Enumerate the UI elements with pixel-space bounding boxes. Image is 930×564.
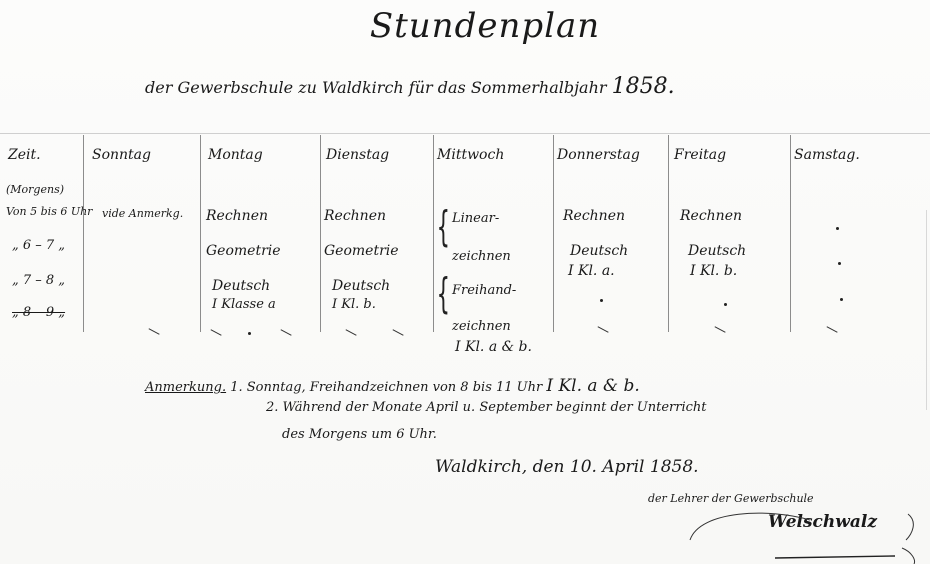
column-divider — [553, 135, 554, 332]
note-2-number: 2. — [266, 400, 278, 415]
empty-mark — [392, 329, 403, 336]
cell-donnerstag-2: Deutsch — [570, 243, 628, 259]
cell-mittwoch-5: I Kl. a & b. — [455, 339, 532, 355]
cell-dienstag-3: Deutsch — [332, 278, 390, 294]
empty-mark — [826, 326, 837, 333]
note-2-text: Während der Monate April u. September be… — [283, 400, 707, 415]
dot-mark — [724, 303, 727, 306]
page-edge — [926, 210, 927, 410]
note-1-number: 1. — [230, 380, 242, 395]
cell-dienstag-1: Rechnen — [324, 208, 386, 224]
cell-donnerstag-3: I Kl. a. — [568, 263, 615, 279]
empty-mark — [597, 326, 608, 333]
empty-mark — [280, 329, 291, 336]
dot-mark — [600, 299, 603, 302]
timetable: Zeit. Sonntag Montag Dienstag Mittwoch D… — [0, 133, 930, 333]
document-title: Stundenplan — [355, 6, 615, 46]
note-1-text: Sonntag, Freihandzeichnen von 8 bis 11 U… — [247, 380, 542, 395]
subtitle-year: 1858. — [612, 74, 675, 99]
note-1: Anmerkung. 1. Sonntag, Freihandzeichnen … — [145, 376, 640, 396]
cell-dienstag-4: I Kl. b. — [332, 297, 376, 312]
cell-mittwoch-4: zeichnen — [452, 319, 511, 334]
cell-freitag-3: I Kl. b. — [690, 263, 737, 279]
header-samstag: Samstag. — [794, 147, 860, 163]
note-heading: Anmerkung. — [145, 380, 226, 395]
header-dienstag: Dienstag — [326, 147, 389, 163]
cell-freitag-1: Rechnen — [680, 208, 742, 224]
column-divider — [433, 135, 434, 332]
time-slot-3: „ 7 – 8 „ — [12, 273, 65, 288]
cell-freitag-2: Deutsch — [688, 243, 746, 259]
note-2-continuation: des Morgens um 6 Uhr. — [282, 427, 437, 442]
dot-mark — [838, 262, 841, 265]
cell-montag-4: I Klasse a — [212, 297, 276, 312]
time-slot-1: Von 5 bis 6 Uhr — [6, 205, 92, 218]
column-divider — [790, 135, 791, 332]
empty-mark — [210, 329, 221, 336]
cell-montag-3: Deutsch — [212, 278, 270, 294]
column-divider — [83, 135, 84, 332]
header-mittwoch: Mittwoch — [437, 147, 504, 163]
header-freitag: Freitag — [674, 147, 726, 163]
column-divider — [320, 135, 321, 332]
empty-mark — [345, 329, 356, 336]
header-zeit: Zeit. — [8, 147, 41, 163]
header-sonntag: Sonntag — [92, 147, 151, 163]
empty-mark — [714, 326, 725, 333]
time-slot-label: (Morgens) — [6, 183, 64, 196]
column-divider — [200, 135, 201, 332]
header-donnerstag: Donnerstag — [557, 147, 640, 163]
document-subtitle: der Gewerbschule zu Waldkirch für das So… — [145, 74, 865, 99]
place-date: Waldkirch, den 10. April 1858. — [435, 457, 699, 477]
cell-dienstag-2: Geometrie — [324, 243, 399, 259]
dot-mark — [248, 332, 251, 335]
empty-mark — [148, 328, 159, 335]
table-top-border — [0, 133, 930, 134]
cell-montag-2: Geometrie — [206, 243, 281, 259]
subtitle-text: der Gewerbschule zu Waldkirch für das So… — [145, 78, 607, 97]
column-divider — [668, 135, 669, 332]
signature-flourish — [680, 500, 930, 564]
dot-mark — [836, 227, 839, 230]
time-slot-4-struck: „ 8 – 9 „ — [12, 305, 65, 320]
time-slot-2: „ 6 – 7 „ — [12, 238, 65, 253]
cell-montag-1: Rechnen — [206, 208, 268, 224]
cell-mittwoch-3: Freihand- — [452, 283, 516, 298]
document-page: Stundenplan der Gewerbschule zu Waldkirc… — [0, 0, 930, 564]
cell-donnerstag-1: Rechnen — [563, 208, 625, 224]
cell-mittwoch-2: zeichnen — [452, 249, 511, 264]
note-1-class: I Kl. a & b. — [546, 376, 639, 396]
note-2: 2. Während der Monate April u. September… — [266, 400, 707, 415]
cell-mittwoch-1: Linear- — [452, 211, 499, 226]
cell-sonntag: vide Anmerkg. — [102, 207, 183, 220]
header-montag: Montag — [208, 147, 263, 163]
brace-freihandzeichnen: { — [437, 273, 450, 315]
dot-mark — [840, 298, 843, 301]
brace-linearzeichnen: { — [437, 206, 450, 248]
